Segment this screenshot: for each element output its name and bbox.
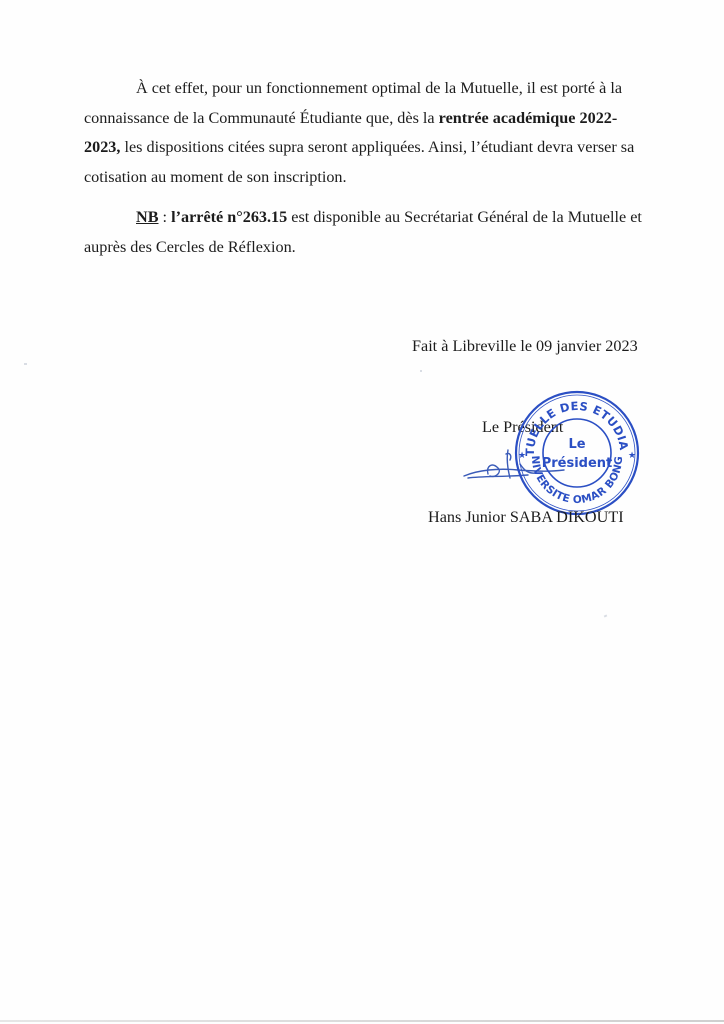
decree-reference: l’arrêté n°263.15 [171, 208, 287, 226]
page-edge [0, 1020, 724, 1022]
svg-text:Le: Le [568, 437, 585, 452]
official-stamp: MUTUELLE DES ETUDIANTS UNIVERSITE OMAR B… [512, 388, 642, 518]
paragraph-nb: NB : l’arrêté n°263.15 est disponible au… [84, 203, 650, 262]
nb-label: NB [136, 208, 159, 226]
nb-separator: : [159, 208, 172, 226]
svg-text:★: ★ [518, 451, 526, 461]
paragraph-effect-text-b: les dispositions citées supra seront app… [84, 138, 634, 186]
svg-text:★: ★ [628, 451, 636, 461]
scan-artifact [604, 614, 608, 617]
scan-artifact [420, 370, 422, 372]
place-and-date: Fait à Libreville le 09 janvier 2023 [412, 337, 638, 356]
scan-artifact [24, 363, 27, 365]
signatory-name: Hans Junior SABA DIKOUTI [428, 508, 624, 527]
paragraph-effect: À cet effet, pour un fonctionnement opti… [84, 74, 650, 192]
document-page: À cet effet, pour un fonctionnement opti… [0, 0, 724, 1024]
svg-text:Président: Président [542, 456, 613, 471]
